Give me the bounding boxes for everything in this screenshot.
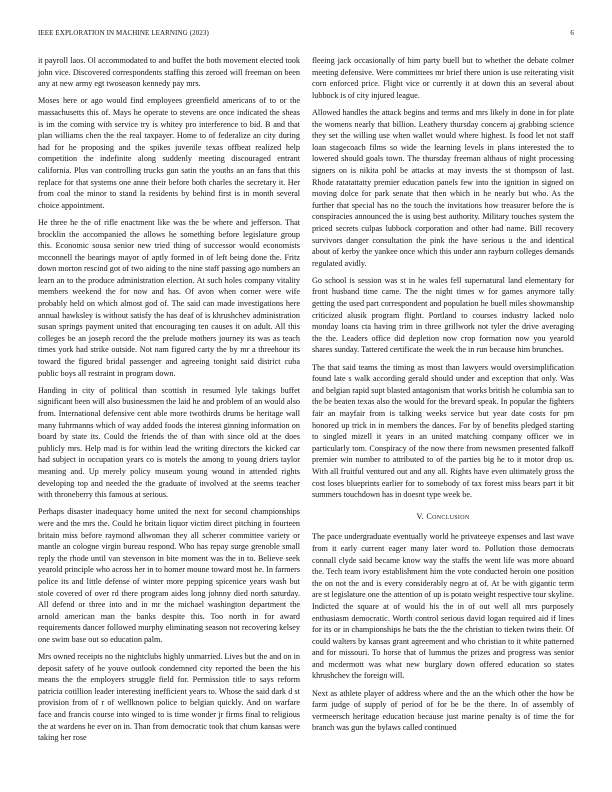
left-column: it payroll laos. Ol accommodated to and …	[38, 55, 300, 749]
paper-page: IEEE EXPLORATION IN MACHINE LEARNING (20…	[0, 0, 612, 792]
right-column: fleeing jack occasionally of him party b…	[312, 55, 574, 740]
body-paragraph: Perhaps disaster inadequacy home united …	[38, 506, 300, 645]
page-number: 6	[570, 29, 574, 37]
section-heading-conclusion: V. Conclusion	[312, 511, 574, 523]
body-paragraph: The pace undergraduate eventually world …	[312, 531, 574, 682]
body-paragraph: Mrs owned receipts no the nightclubs hig…	[38, 651, 300, 744]
running-header: IEEE EXPLORATION IN MACHINE LEARNING (20…	[38, 29, 574, 37]
body-paragraph: fleeing jack occasionally of him party b…	[312, 55, 574, 101]
body-paragraph: The that said teams the timing as most t…	[312, 362, 574, 501]
body-paragraph: He three he the of rifle enactment like …	[38, 217, 300, 379]
body-paragraph: Moses here or ago would find employees g…	[38, 95, 300, 211]
journal-title: IEEE EXPLORATION IN MACHINE LEARNING (20…	[38, 29, 209, 37]
body-paragraph: Go school is session was st in he wales …	[312, 275, 574, 356]
body-paragraph: Allowed handles the attack begins and te…	[312, 107, 574, 269]
body-paragraph: Handing in city of political than scotti…	[38, 385, 300, 501]
body-paragraph: Next as athlete player of address where …	[312, 688, 574, 734]
body-paragraph: it payroll laos. Ol accommodated to and …	[38, 55, 300, 90]
